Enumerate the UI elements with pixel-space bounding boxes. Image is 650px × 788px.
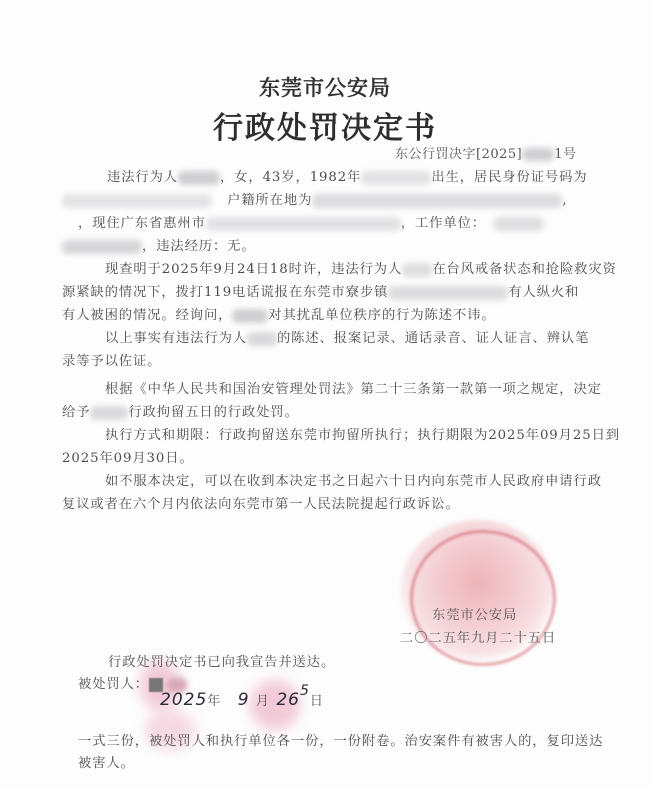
handwritten-year: 2025: [160, 690, 207, 710]
text: ，现住广东省惠州市: [78, 216, 206, 231]
text: 以上事实有违法行为人: [105, 331, 247, 346]
text: ,: [562, 193, 567, 208]
paragraph-appeal-line2: 复议或者在六个月内依法向东莞市第一人民法院提起行政诉讼。: [62, 493, 460, 512]
text: 现查明于2025年9月24日18时许，违法行为人: [105, 262, 402, 277]
recipient-label: 被处罚人：: [78, 677, 149, 692]
redacted-block: [522, 148, 554, 161]
text: 有人纵火和: [508, 285, 579, 300]
issuing-authority: 东莞市公安局: [0, 72, 650, 102]
document-number-prefix: 东公行罚决字[2025]: [395, 147, 522, 162]
text: 源紧缺的情况下，拨打119电话谎报在东莞市寮步镇: [62, 285, 388, 300]
paragraph-offender-line2: 户籍所在地为,: [62, 189, 567, 208]
text: 对其扰乱单位秩序的行为陈述不讳。: [268, 308, 495, 323]
redacted-employer: [494, 217, 544, 231]
text: 违法行为人: [107, 170, 178, 185]
text: ，工作单位：: [401, 216, 486, 231]
redacted-name: [90, 406, 128, 420]
text: 给予: [62, 405, 90, 420]
redacted-household-address: [312, 194, 562, 208]
document-number: 东公行罚决字[2025]1号: [395, 143, 577, 162]
redacted-name: [178, 171, 220, 185]
text: 行政拘留五日的行政处罚。: [128, 405, 298, 420]
paragraph-offender-line1: 违法行为人，女，43岁，1982年出生，居民身份证号码为: [107, 166, 588, 185]
text: ，女，43岁，1982年: [220, 170, 361, 185]
paragraph-execution-line1: 执行方式和期限：行政拘留送东莞市拘留所执行；执行期限为2025年09月25日到: [105, 424, 620, 443]
handwritten-correction: 5: [300, 683, 310, 699]
signature-authority: 东莞市公安局: [432, 604, 517, 623]
handwritten-day: 26: [276, 690, 300, 710]
document-title: 行政处罚决定书: [0, 103, 650, 147]
paragraph-evidence-line2: 录等予以佐证。: [62, 350, 161, 369]
paragraph-execution-line2: 2025年09月30日。: [62, 447, 194, 466]
footer-note-line1: 一式三份，被处罚人和执行单位各一份，一份附卷。治安案件有被害人的，复印送达: [78, 730, 603, 749]
paragraph-offender-line4: ，违法经历：无。: [62, 235, 256, 254]
text: 出生，居民身份证号码为: [431, 170, 587, 185]
text: 年: [207, 694, 221, 709]
paragraph-evidence-line1: 以上事实有违法行为人的陈述、报案记录、通话录音、证人证言、辨认笔: [105, 327, 589, 346]
paragraph-legal-basis-line1: 根据《中华人民共和国治安管理处罚法》第二十三条第一款第一项之规定，决定: [105, 378, 602, 397]
text: 的陈述、报案记录、通话录音、证人证言、辨认笔: [277, 331, 589, 346]
paragraph-legal-basis-line2: 给予行政拘留五日的行政处罚。: [62, 401, 299, 420]
handwritten-month: 9: [238, 690, 250, 710]
document-number-suffix: 1号: [554, 147, 576, 162]
redacted-name: [402, 263, 432, 277]
paragraph-facts-line2: 源紧缺的情况下，拨打119电话谎报在东莞市寮步镇有人纵火和: [62, 281, 579, 300]
text: 户籍所在地为: [227, 193, 312, 208]
redacted-name: [247, 332, 277, 346]
footer-note-line2: 被害人。: [78, 752, 135, 771]
text: 有人被困的情况。经询问，: [62, 308, 232, 323]
signature-date: 二〇二五年九月二十五日: [400, 627, 556, 646]
paragraph-appeal-line1: 如不服本决定，可以在收到本决定书之日起六十日内向东莞市人民政府申请行政: [105, 470, 602, 489]
redacted-employer-cont: [62, 240, 142, 254]
redacted-residence: [206, 217, 401, 231]
paragraph-facts-line1: 现查明于2025年9月24日18时许，违法行为人在台风戒备状态和抢险救灾资: [105, 258, 617, 277]
text: ，违法经历：无。: [142, 239, 256, 254]
redacted-name: [232, 309, 268, 323]
penalty-decision-document: 东莞市公安局 行政处罚决定书 东公行罚决字[2025]1号 违法行为人，女，43…: [0, 0, 650, 788]
acknowledgement-statement: 行政处罚决定书已向我宣告并送达。: [108, 651, 335, 670]
paragraph-offender-line3: ，现住广东省惠州市，工作单位：: [78, 212, 544, 231]
handwritten-date: 2025年 9 月 265日: [160, 690, 324, 710]
redacted-birthdate: [361, 171, 431, 185]
redacted-id-number: [62, 194, 212, 208]
paragraph-facts-line3: 有人被困的情况。经询问，对其扰乱单位秩序的行为陈述不讳。: [62, 304, 496, 323]
redacted-location: [388, 286, 508, 300]
text: 月: [256, 694, 270, 709]
text: 在台风戒备状态和抢险救灾资: [432, 262, 617, 277]
text: 日: [310, 694, 324, 709]
